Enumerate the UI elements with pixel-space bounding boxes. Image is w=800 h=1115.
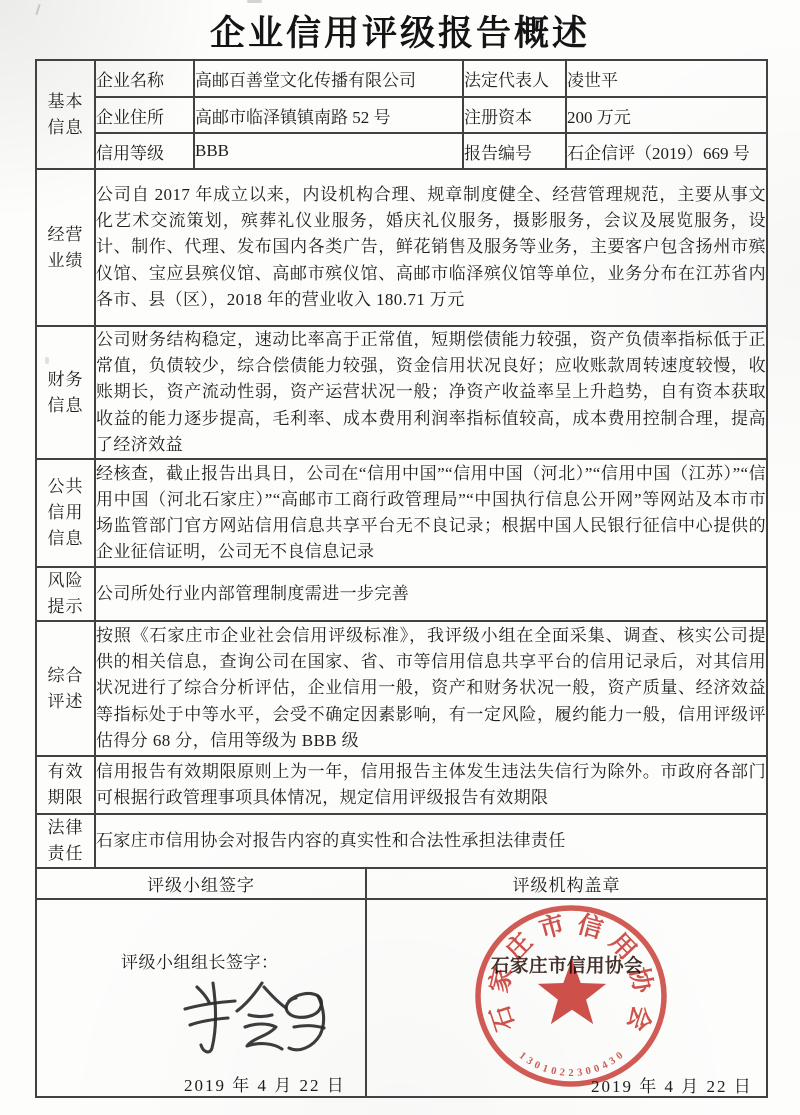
stamp-serial-digit: 0 xyxy=(614,1050,625,1062)
section-row-financial-info: 财务 信息 公司财务结构稳定，速动比率高于正常值，短期偿债能力较强，资产负债率指… xyxy=(36,326,767,459)
field-label-report-number: 报告编号 xyxy=(463,133,566,169)
section-text-comprehensive-review: 按照《石家庄市企业社会信用评级标准》，我评级小组在全面采集、调查、核实公司提供的… xyxy=(95,621,767,756)
section-row-public-credit-info: 公共 信用 信息 经核查，截止报告出具日，公司在“信用中国”“信用中国（河北）”… xyxy=(36,459,767,567)
stamp-ring-character: 家 xyxy=(485,965,518,996)
section-text-risk-warning: 公司所处行业内部管理制度需进一步完善 xyxy=(95,567,767,621)
basic-info-row-3: 信用等级 BBB 报告编号 石企信评（2019）669 号 xyxy=(36,133,767,169)
section-label-public-credit-info: 公共 信用 信息 xyxy=(36,459,95,567)
basic-info-row-1: 基本 信息 企业名称 高邮百善堂文化传播有限公司 法定代表人 凌世平 xyxy=(36,60,767,97)
report-table: 基本 信息 企业名称 高邮百善堂文化传播有限公司 法定代表人 凌世平 企业住所 … xyxy=(35,59,768,1098)
field-value-company-name: 高邮百善堂文化传播有限公司 xyxy=(194,60,463,97)
signature-header-right: 评级机构盖章 xyxy=(366,868,767,899)
official-stamp: 石家庄市信用协会1301022300430 xyxy=(463,902,679,1094)
section-row-legal-liability: 法律 责任 石家庄市信用协会对报告内容的真实性和合法性承担法律责任 xyxy=(36,814,767,868)
section-text-financial-info: 公司财务结构稳定，速动比率高于正常值，短期偿债能力较强，资产负债率指标低于正常值… xyxy=(95,326,767,459)
field-label-credit-rating: 信用等级 xyxy=(95,133,194,169)
section-label-business-performance: 经营 业绩 xyxy=(36,169,95,326)
signature-header-row: 评级小组签字 评级机构盖章 xyxy=(36,868,767,899)
section-label-legal-liability: 法律 责任 xyxy=(36,814,95,868)
section-text-validity-period: 信用报告有效期限原则上为一年，信用报告主体发生违法失信行为除外。市政府各部门可根… xyxy=(95,756,767,814)
section-label-comprehensive-review: 综合 评述 xyxy=(36,621,95,756)
field-value-report-number: 石企信评（2019）669 号 xyxy=(566,133,767,169)
stamp-serial-digit: 2 xyxy=(568,1068,573,1079)
section-row-comprehensive-review: 综合 评述 按照《石家庄市企业社会信用评级标准》，我评级小组在全面采集、调查、核… xyxy=(36,621,767,756)
section-row-business-performance: 经营 业绩 公司自 2017 年成立以来，内设机构合理、规章制度健全、经营管理规… xyxy=(36,169,767,326)
signature-body-row: 评级小组组长签字： 2019 年 4 月 22 日 石家庄市信用协会 xyxy=(36,899,767,1097)
field-value-credit-rating: BBB xyxy=(194,133,463,169)
handwritten-signature xyxy=(183,978,335,1062)
stamp-ring-character: 会 xyxy=(622,1002,657,1035)
signature-cell-team: 评级小组组长签字： 2019 年 4 月 22 日 xyxy=(36,899,366,1097)
field-label-registered-capital: 注册资本 xyxy=(463,97,566,133)
page-title: 企业信用评级报告概述 xyxy=(0,6,800,56)
leader-signature-label: 评级小组组长签字： xyxy=(121,948,279,973)
section-row-risk-warning: 风险 提示 公司所处行业内部管理制度需进一步完善 xyxy=(36,567,767,621)
stamp-serial-digit: 3 xyxy=(577,1067,583,1079)
section-text-public-credit-info: 经核查，截止报告出具日，公司在“信用中国”“信用中国（河北）”“信用中国（江苏）… xyxy=(95,459,767,567)
stamp-serial-digit: 0 xyxy=(550,1066,558,1078)
basic-info-row-2: 企业住所 高邮市临泽镇镇南路 52 号 注册资本 200 万元 xyxy=(36,97,767,133)
section-text-legal-liability: 石家庄市信用协会对报告内容的真实性和合法性承担法律责任 xyxy=(95,814,767,868)
section-label-validity-period: 有效 期限 xyxy=(36,756,95,814)
section-label-risk-warning: 风险 提示 xyxy=(36,567,95,621)
stamp-ring-character: 石 xyxy=(486,1002,520,1034)
field-label-company-address: 企业住所 xyxy=(95,97,194,133)
signature-date-right: 2019 年 4 月 22 日 xyxy=(591,1072,753,1097)
section-label-financial-info: 财务 信息 xyxy=(36,326,95,459)
stamp-star-icon xyxy=(538,959,606,1024)
section-label-basic-info: 基本 信息 xyxy=(36,60,95,169)
stamp-serial-digit: 1 xyxy=(541,1063,550,1075)
section-text-business-performance: 公司自 2017 年成立以来，内设机构合理、规章制度健全、经营管理规范，主要从事… xyxy=(95,169,767,326)
section-row-validity-period: 有效 期限 信用报告有效期限原则上为一年，信用报告主体发生违法失信行为除外。市政… xyxy=(36,756,767,814)
field-value-company-address: 高邮市临泽镇镇南路 52 号 xyxy=(194,97,463,133)
stamp-ring-character: 协 xyxy=(624,965,657,997)
field-label-legal-representative: 法定代表人 xyxy=(463,60,566,97)
field-value-registered-capital: 200 万元 xyxy=(566,97,767,133)
field-label-company-name: 企业名称 xyxy=(95,60,194,97)
signature-cell-agency: 石家庄市信用协会 石家庄市信用协会1301022300430 2019 年 4 … xyxy=(366,899,767,1097)
stamp-serial-digit: 0 xyxy=(532,1060,542,1072)
scan-artifact xyxy=(247,0,262,3)
field-value-legal-representative: 凌世平 xyxy=(566,60,767,97)
signature-header-left: 评级小组签字 xyxy=(36,868,366,899)
stamp-serial-digit: 2 xyxy=(559,1067,565,1079)
signature-date-left: 2019 年 4 月 22 日 xyxy=(184,1071,346,1096)
